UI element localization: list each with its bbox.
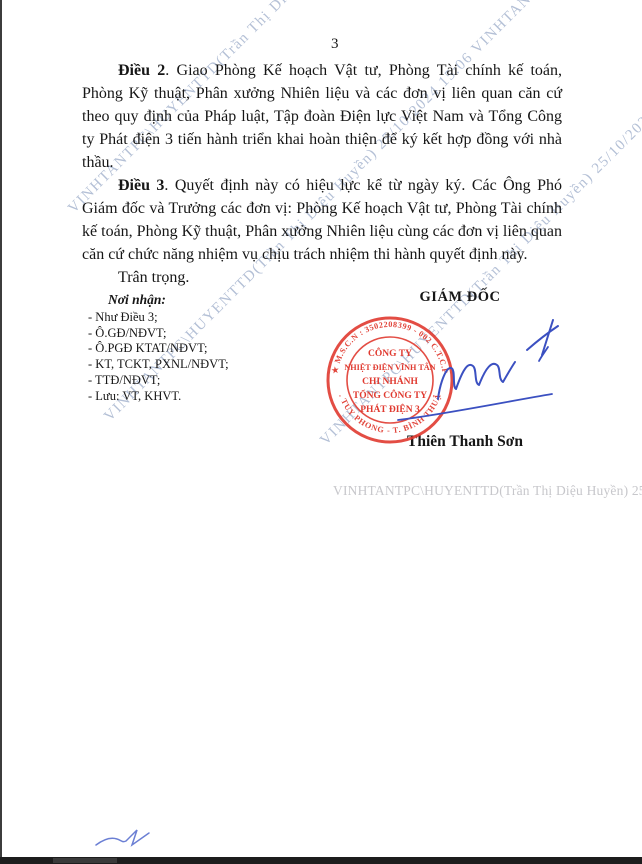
- recipient-item: - Lưu: VT, KHVT.: [88, 389, 229, 405]
- recipient-item: - Ô.PGĐ KTAT/NĐVT;: [88, 341, 229, 357]
- signature-underline-stroke: [398, 394, 552, 420]
- signature-ink: [280, 305, 580, 430]
- paragraph-dieu-2: Điều 2. Giao Phòng Kế hoạch Vật tư, Phòn…: [82, 59, 562, 174]
- paragraph-dieu-3: Điều 3. Quyết định này có hiệu lực kể từ…: [82, 174, 562, 266]
- recipients-block: Nơi nhận: - Như Điều 3; - Ô.GĐ/NĐVT; - Ô…: [88, 292, 229, 405]
- closing-line: Trân trọng.: [82, 266, 562, 289]
- recipients-title: Nơi nhận:: [108, 292, 229, 308]
- signer-title: GIÁM ĐỐC: [325, 289, 595, 306]
- paragraph-lead: Điều 2: [118, 62, 165, 79]
- recipient-item: - Ô.GĐ/NĐVT;: [88, 326, 229, 342]
- recipient-item: - TTĐ/NĐVT;: [88, 373, 229, 389]
- squiggle-stroke: [96, 830, 149, 845]
- paragraph-lead: Điều 3: [118, 177, 164, 194]
- scan-bottom-edge-segment: [53, 858, 117, 863]
- page-number: 3: [331, 36, 339, 53]
- horizontal-watermark: VINHTANTPC\HUYENTTD(Trần Thị Diệu Huyền)…: [333, 483, 642, 499]
- document-page: VINHTANTPC\HUYENTTD(Trần Thị Diệu Huyền)…: [0, 0, 642, 864]
- recipient-item: - Như Điều 3;: [88, 310, 229, 326]
- signature-paraph-stroke: [527, 326, 558, 350]
- recipient-item: - KT, TCKT, PXNL/NĐVT;: [88, 357, 229, 373]
- bottom-ink-squiggle: [92, 826, 156, 852]
- scan-left-edge: [0, 0, 2, 858]
- signature-loops-stroke: [438, 362, 515, 399]
- document-body: Điều 2. Giao Phòng Kế hoạch Vật tư, Phòn…: [82, 59, 562, 289]
